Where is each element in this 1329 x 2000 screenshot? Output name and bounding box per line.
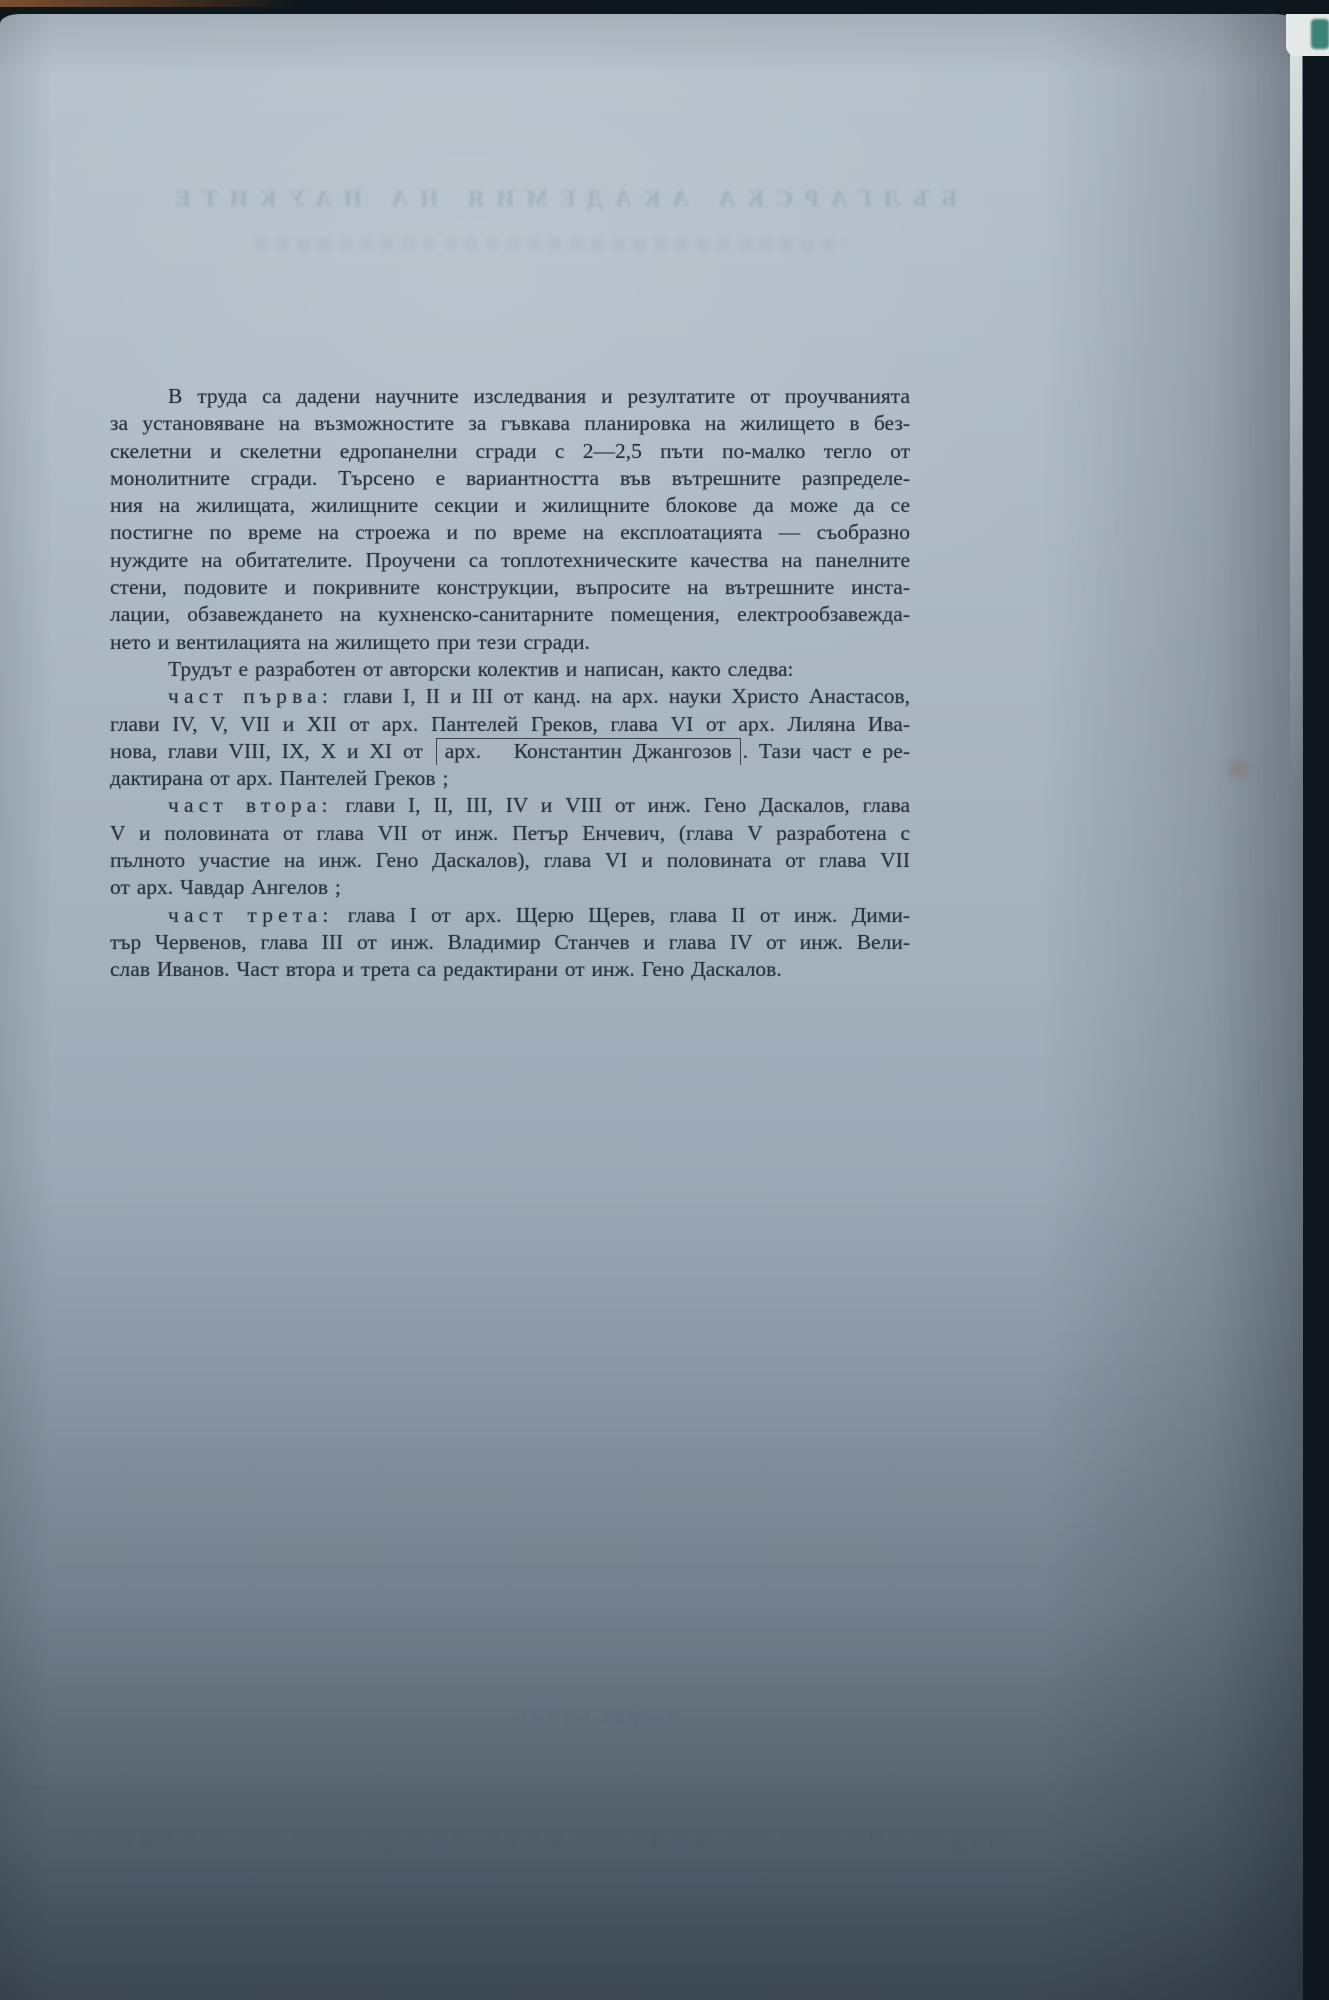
text-line: дактирана от арх. Пантелей Греков ; — [110, 765, 910, 792]
text-line: стени, подовите и покривните конструкции… — [110, 574, 910, 601]
book-page-photo: БЪЛГАРСКА АКАДЕМИЯ НА НАУКИТЕ София • 19… — [0, 0, 1329, 2000]
showthrough-academy-title: БЪЛГАРСКА АКАДЕМИЯ НА НАУКИТЕ — [60, 186, 1060, 212]
book-cover-corner-highlight — [0, 0, 300, 7]
text-line: тър Червенов, глава III от инж. Владимир… — [110, 929, 910, 956]
book-cover-right-edge — [1299, 0, 1329, 2000]
text-line: глави IV, V, VII и XII от арх. Пантелей … — [110, 711, 910, 738]
text-line: V и половината от глава VII от инж. Петъ… — [110, 820, 910, 847]
page-fore-edge — [1290, 14, 1302, 794]
showthrough-subtitle-smudge — [255, 238, 845, 251]
text-line: нето и вентилацията на жилището при тези… — [110, 629, 910, 656]
part-heading: част втора: — [168, 793, 333, 817]
part-heading: част трета: — [168, 903, 333, 927]
showthrough-imprint: ИЗДАТЕЛСТВО НА БЪЛГАРСКАТА АКАДЕМИЯ НА Н… — [30, 1826, 1045, 1852]
part-heading: част първа: — [168, 684, 333, 708]
text-line: В труда са дадени научните изследвания и… — [110, 383, 910, 410]
text-line: монолитните сгради. Търсено е вариантнос… — [110, 465, 910, 492]
text-line: постигне по време на строежа и по време … — [110, 519, 910, 546]
text-line: скелетни и скелетни едропанелни сгради с… — [110, 438, 910, 465]
page-stain — [1224, 754, 1252, 784]
text-line: за установяване на възможностите за гъвк… — [110, 410, 910, 437]
text-line: ния на жилищата, жилищните секции и жили… — [110, 492, 910, 519]
text-line-with-framed-name: нова, глави VIII, IX, X и XI от арх. Кон… — [110, 738, 910, 765]
text-line-part2-heading: част втора: глави I, II, III, IV и VIII … — [110, 792, 910, 819]
text-line: лации, обзавеждането на кухненско-санита… — [110, 601, 910, 628]
text-line: от арх. Чавдар Ангелов ; — [110, 874, 910, 901]
page-crease — [0, 1786, 1303, 1788]
cover-teal-mark — [1311, 19, 1329, 49]
text-line: нуждите на обитателите. Проучени са топл… — [110, 547, 910, 574]
showthrough-city-year: София • 1963 — [430, 1704, 760, 1729]
text-line-part3-heading: част трета: глава I от арх. Щерю Щерев, … — [110, 902, 910, 929]
text-line-part1-heading: част първа: глави I, II и III от канд. н… — [110, 683, 910, 710]
text-line: слав Иванов. Част втора и трета са редак… — [110, 956, 910, 983]
book-page: БЪЛГАРСКА АКАДЕМИЯ НА НАУКИТЕ София • 19… — [0, 14, 1303, 2000]
text-line: Трудът е разработен от авторски колектив… — [110, 656, 910, 683]
text-line: пълното участие на инж. Гено Даскалов), … — [110, 847, 910, 874]
framed-author-name: арх. Константин Джангозов — [436, 738, 741, 765]
annotation-text-block: В труда са дадени научните изследвания и… — [110, 383, 910, 984]
